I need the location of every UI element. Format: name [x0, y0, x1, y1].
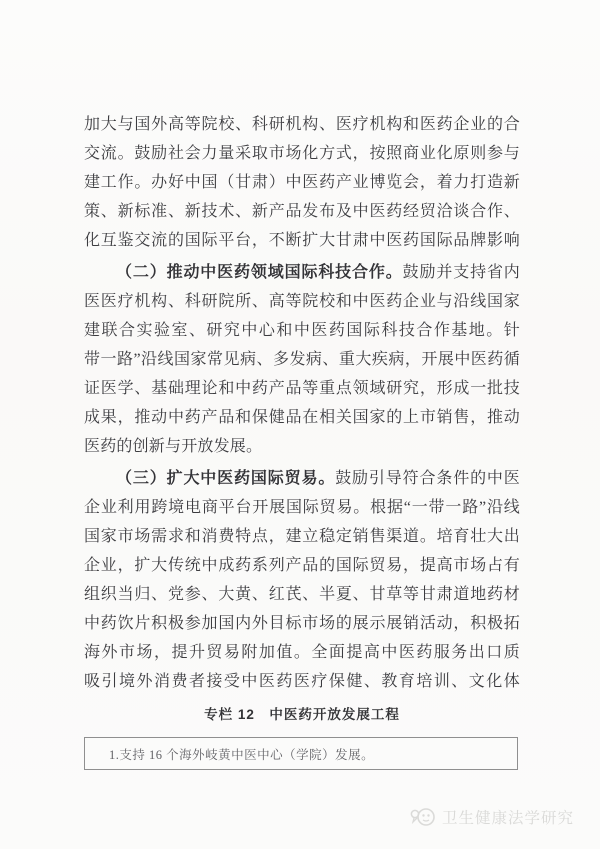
text-segment: 企业，扩大传统中成药系列产品的国际贸易，提高市场占有率。 [84, 557, 520, 580]
column-box-title: 专栏 12 中医药开放发展工程 [84, 705, 520, 725]
bold-heading-segment: （二）推动中医药领域国际科技合作。 [116, 264, 403, 281]
text-segment: 组织当归、党参、大黄、红芪、半夏、甘草等甘肃道地药材及 [84, 586, 520, 609]
text-line: 证医学、基础理论和中药产品等重点领域研究，形成一批技术 [84, 374, 520, 403]
text-line: 海外市场，提升贸易附加值。全面提高中医药服务出口质量， [84, 638, 520, 667]
document-page: 加大与国外高等院校、科研机构、医疗机构和医药企业的合作交流。鼓励社会力量采取市场… [0, 0, 600, 849]
text-segment: 成果，推动中药产品和保健品在相关国家的上市销售，推动中 [84, 409, 520, 432]
para-international-cooperation-continued: 加大与国外高等院校、科研机构、医疗机构和医药企业的合作交流。鼓励社会力量采取市场… [84, 110, 520, 255]
text-segment: 策、新标准、新技术、新产品发布及中医药经贸洽谈合作、文 [84, 203, 520, 226]
text-line: 带一路”沿线国家常见病、多发病、重大疾病，开展中医药循 [84, 345, 520, 374]
column-box-item: 1.支持 16 个海外岐黄中医中心（学院）发展。 [85, 745, 374, 763]
text-line: 企业利用跨境电商平台开展国际贸易。根据“一带一路”沿线 [84, 493, 520, 522]
text-segment: 交流。鼓励社会力量采取市场化方式，按照商业化原则参与共 [84, 145, 520, 168]
text-line: 加大与国外高等院校、科研机构、医疗机构和医药企业的合作 [84, 110, 520, 139]
text-segment: 国家市场需求和消费特点，建立稳定销售渠道。培育壮大出口 [84, 528, 520, 551]
watermark: 卫生健康法学研究 [410, 806, 574, 828]
watermark-text: 卫生健康法学研究 [442, 806, 574, 828]
text-line: 建联合实验室、研究中心和中医药国际科技合作基地。针对“一 [84, 316, 520, 345]
text-line: 成果，推动中药产品和保健品在相关国家的上市销售，推动中 [84, 403, 520, 432]
document-body: 加大与国外高等院校、科研机构、医疗机构和医药企业的合作交流。鼓励社会力量采取市场… [84, 110, 520, 770]
text-segment: 化互鉴交流的国际平台，不断扩大甘肃中医药国际品牌影响力。 [84, 232, 520, 255]
text-segment: 海外市场，提升贸易附加值。全面提高中医药服务出口质量， [84, 644, 520, 667]
text-segment: 企业利用跨境电商平台开展国际贸易。根据“一带一路”沿线 [84, 499, 520, 516]
text-segment: 医医疗机构、科研院所、高等院校和中医药企业与沿线国家共 [84, 293, 520, 316]
text-line: 医医疗机构、科研院所、高等院校和中医药企业与沿线国家共 [84, 287, 520, 316]
text-segment: 中药饮片积极参加国内外目标市场的展示展销活动，积极拓展 [84, 615, 520, 638]
text-segment: 证医学、基础理论和中药产品等重点领域研究，形成一批技术 [84, 380, 520, 403]
text-segment: 吸引境外消费者接受中医药医疗保健、教育培训、文化体验。 [84, 673, 520, 696]
text-line: 医药的创新与开放发展。 [84, 432, 520, 461]
paragraphs: 加大与国外高等院校、科研机构、医疗机构和医药企业的合作交流。鼓励社会力量采取市场… [84, 110, 520, 696]
text-line: 国家市场需求和消费特点，建立稳定销售渠道。培育壮大出口 [84, 522, 520, 551]
text-segment: 带一路”沿线国家常见病、多发病、重大疾病，开展中医药循 [84, 351, 520, 368]
text-line: （三）扩大中医药国际贸易。鼓励引导符合条件的中医药 [84, 464, 520, 493]
bold-heading-segment: （三）扩大中医药国际贸易。 [116, 470, 335, 487]
text-line: 策、新标准、新技术、新产品发布及中医药经贸洽谈合作、文 [84, 197, 520, 226]
text-segment: 建联合实验室、研究中心和中医药国际科技合作基地。针对“一 [84, 322, 520, 345]
text-line: 建工作。办好中国（甘肃）中医药产业博览会，着力打造新政 [84, 168, 520, 197]
text-segment: 建工作。办好中国（甘肃）中医药产业博览会，着力打造新政 [84, 174, 520, 197]
text-line: 组织当归、党参、大黄、红芪、半夏、甘草等甘肃道地药材及 [84, 580, 520, 609]
para-3-expand-international-trade: （三）扩大中医药国际贸易。鼓励引导符合条件的中医药企业利用跨境电商平台开展国际贸… [84, 464, 520, 696]
text-segment: 医药的创新与开放发展。 [84, 438, 262, 455]
para-2-promote-sci-tech-cooperation: （二）推动中医药领域国际科技合作。鼓励并支持省内中医医疗机构、科研院所、高等院校… [84, 258, 520, 461]
text-segment: 加大与国外高等院校、科研机构、医疗机构和医药企业的合作 [84, 116, 520, 139]
column-box: 1.支持 16 个海外岐黄中医中心（学院）发展。 [84, 737, 518, 770]
text-line: 中药饮片积极参加国内外目标市场的展示展销活动，积极拓展 [84, 609, 520, 638]
text-line: 吸引境外消费者接受中医药医疗保健、教育培训、文化体验。 [84, 667, 520, 696]
text-line: 交流。鼓励社会力量采取市场化方式，按照商业化原则参与共 [84, 139, 520, 168]
panda-logo-icon [410, 806, 436, 828]
text-line: 化互鉴交流的国际平台，不断扩大甘肃中医药国际品牌影响力。 [84, 226, 520, 255]
text-line: （二）推动中医药领域国际科技合作。鼓励并支持省内中 [84, 258, 520, 287]
text-line: 企业，扩大传统中成药系列产品的国际贸易，提高市场占有率。 [84, 551, 520, 580]
